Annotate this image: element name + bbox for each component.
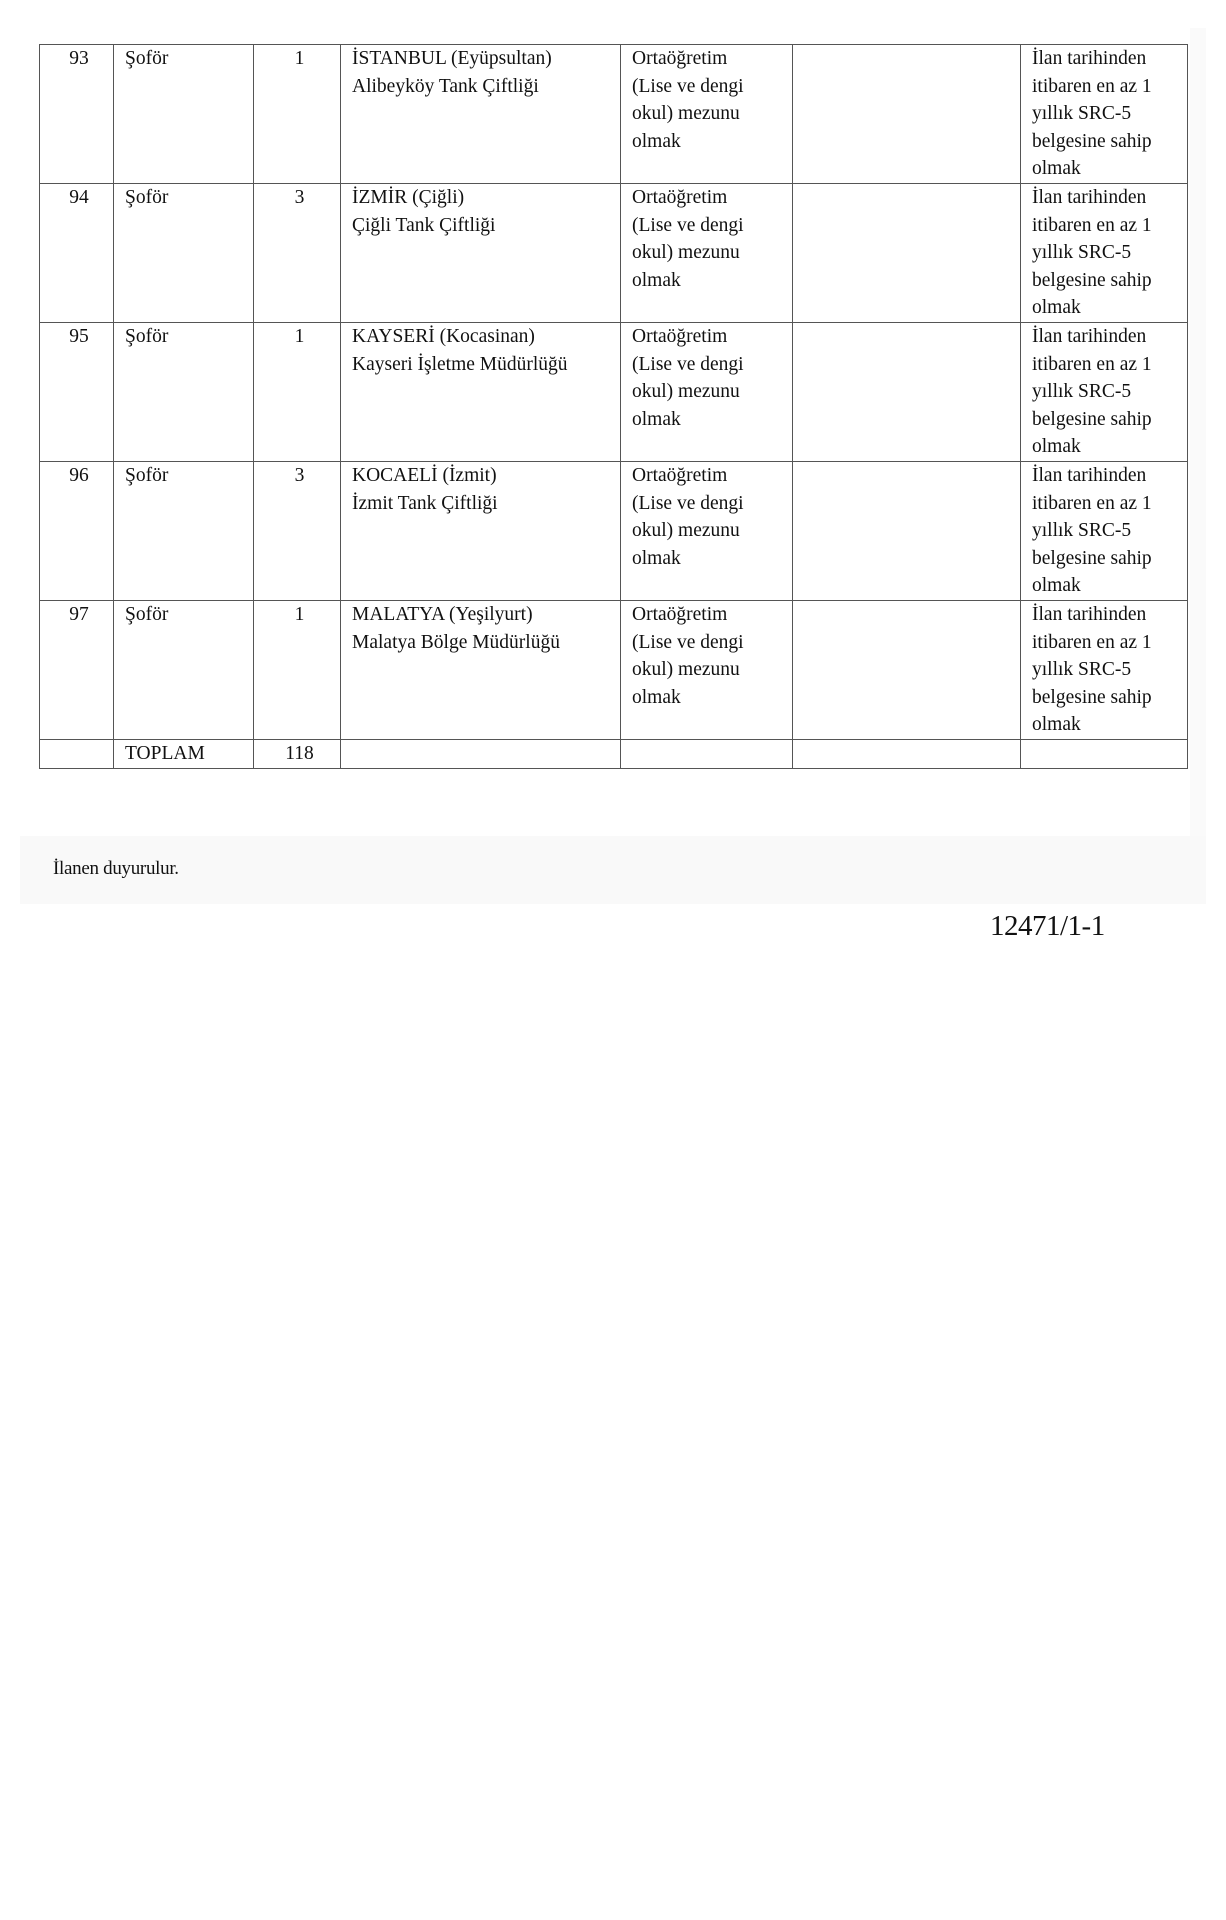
cell-requirement-line: itibaren en az 1	[1032, 629, 1181, 657]
cell-education: Ortaöğretim(Lise ve dengiokul) mezunuolm…	[621, 462, 793, 601]
cell-education: Ortaöğretim(Lise ve dengiokul) mezunuolm…	[621, 323, 793, 462]
cell-location-line: İzmit Tank Çiftliği	[352, 490, 614, 518]
cell-location-line: Çiğli Tank Çiftliği	[352, 212, 614, 240]
cell-location-line: MALATYA (Yeşilyurt)	[352, 601, 614, 629]
cell-location-line: Malatya Bölge Müdürlüğü	[352, 629, 614, 657]
cell-requirement: İlan tarihindenitibaren en az 1yıllık SR…	[1021, 601, 1188, 740]
cell-location-line: İSTANBUL (Eyüpsultan)	[352, 45, 614, 73]
cell-education-line: olmak	[632, 128, 786, 156]
cell-education: Ortaöğretim(Lise ve dengiokul) mezunuolm…	[621, 45, 793, 184]
cell-row-number: 94	[40, 184, 114, 323]
cell-location: İZMİR (Çiğli)Çiğli Tank Çiftliği	[341, 184, 621, 323]
total-value: 118	[254, 740, 341, 769]
cell-education-line: (Lise ve dengi	[632, 629, 786, 657]
total-label: TOPLAM	[114, 740, 254, 769]
table-row: 97Şoför1MALATYA (Yeşilyurt)Malatya Bölge…	[40, 601, 1188, 740]
cell-education-line: okul) mezunu	[632, 239, 786, 267]
cell-location-line: Kayseri İşletme Müdürlüğü	[352, 351, 614, 379]
cell-row-number: 95	[40, 323, 114, 462]
cell-location-line: İZMİR (Çiğli)	[352, 184, 614, 212]
cell-job-title: Şoför	[114, 601, 254, 740]
table-row: 94Şoför3İZMİR (Çiğli)Çiğli Tank Çiftliği…	[40, 184, 1188, 323]
total-row: TOPLAM118	[40, 740, 1188, 769]
cell-row-number: 96	[40, 462, 114, 601]
cell-quantity: 1	[254, 601, 341, 740]
cell-requirement-line: olmak	[1032, 711, 1181, 739]
reference-number: 12471/1-1	[990, 910, 1105, 943]
cell-requirement-line: yıllık SRC-5	[1032, 517, 1181, 545]
cell-job-title: Şoför	[114, 184, 254, 323]
cell-location: MALATYA (Yeşilyurt)Malatya Bölge Müdürlü…	[341, 601, 621, 740]
cell-education-line: Ortaöğretim	[632, 601, 786, 629]
cell-requirement-line: itibaren en az 1	[1032, 351, 1181, 379]
cell-requirement-line: itibaren en az 1	[1032, 73, 1181, 101]
cell-requirement-line: belgesine sahip	[1032, 128, 1181, 156]
cell-requirement-line: belgesine sahip	[1032, 545, 1181, 573]
page-edge-shade	[1190, 28, 1206, 838]
cell-requirement-line: yıllık SRC-5	[1032, 378, 1181, 406]
cell-education-line: Ortaöğretim	[632, 462, 786, 490]
cell-education-line: okul) mezunu	[632, 656, 786, 684]
total-empty-cell	[793, 740, 1021, 769]
table-row: 93Şoför1İSTANBUL (Eyüpsultan)Alibeyköy T…	[40, 45, 1188, 184]
cell-education-line: olmak	[632, 267, 786, 295]
cell-location: KOCAELİ (İzmit)İzmit Tank Çiftliği	[341, 462, 621, 601]
cell-education-line: okul) mezunu	[632, 517, 786, 545]
cell-education-line: Ortaöğretim	[632, 45, 786, 73]
cell-education: Ortaöğretim(Lise ve dengiokul) mezunuolm…	[621, 601, 793, 740]
cell-requirement-line: olmak	[1032, 572, 1181, 600]
cell-department	[793, 45, 1021, 184]
cell-education-line: (Lise ve dengi	[632, 351, 786, 379]
cell-location-line: KAYSERİ (Kocasinan)	[352, 323, 614, 351]
cell-education: Ortaöğretim(Lise ve dengiokul) mezunuolm…	[621, 184, 793, 323]
cell-location: İSTANBUL (Eyüpsultan)Alibeyköy Tank Çift…	[341, 45, 621, 184]
cell-department	[793, 462, 1021, 601]
cell-education-line: (Lise ve dengi	[632, 212, 786, 240]
cell-requirement-line: olmak	[1032, 294, 1181, 322]
cell-department	[793, 323, 1021, 462]
cell-requirement-line: itibaren en az 1	[1032, 212, 1181, 240]
total-empty-cell	[621, 740, 793, 769]
cell-requirement: İlan tarihindenitibaren en az 1yıllık SR…	[1021, 45, 1188, 184]
cell-requirement-line: olmak	[1032, 155, 1181, 183]
cell-education-line: okul) mezunu	[632, 378, 786, 406]
cell-quantity: 1	[254, 45, 341, 184]
table-body: 93Şoför1İSTANBUL (Eyüpsultan)Alibeyköy T…	[40, 45, 1188, 769]
cell-job-title: Şoför	[114, 323, 254, 462]
cell-requirement-line: yıllık SRC-5	[1032, 656, 1181, 684]
cell-education-line: Ortaöğretim	[632, 184, 786, 212]
cell-requirement-line: yıllık SRC-5	[1032, 239, 1181, 267]
positions-table: 93Şoför1İSTANBUL (Eyüpsultan)Alibeyköy T…	[39, 44, 1188, 769]
cell-row-number: 93	[40, 45, 114, 184]
cell-requirement: İlan tarihindenitibaren en az 1yıllık SR…	[1021, 462, 1188, 601]
cell-job-title: Şoför	[114, 45, 254, 184]
cell-quantity: 3	[254, 184, 341, 323]
cell-requirement-line: belgesine sahip	[1032, 267, 1181, 295]
cell-requirement-line: itibaren en az 1	[1032, 490, 1181, 518]
cell-requirement: İlan tarihindenitibaren en az 1yıllık SR…	[1021, 184, 1188, 323]
cell-quantity: 3	[254, 462, 341, 601]
cell-education-line: olmak	[632, 406, 786, 434]
footer-band	[20, 836, 1206, 904]
announcement-text: İlanen duyurulur.	[53, 858, 179, 880]
table-row: 96Şoför3KOCAELİ (İzmit)İzmit Tank Çiftli…	[40, 462, 1188, 601]
total-empty-cell	[1021, 740, 1188, 769]
cell-requirement: İlan tarihindenitibaren en az 1yıllık SR…	[1021, 323, 1188, 462]
cell-department	[793, 184, 1021, 323]
cell-row-number: 97	[40, 601, 114, 740]
total-empty-cell	[341, 740, 621, 769]
cell-education-line: Ortaöğretim	[632, 323, 786, 351]
cell-location: KAYSERİ (Kocasinan)Kayseri İşletme Müdür…	[341, 323, 621, 462]
cell-requirement-line: belgesine sahip	[1032, 684, 1181, 712]
cell-education-line: (Lise ve dengi	[632, 490, 786, 518]
cell-requirement-line: olmak	[1032, 433, 1181, 461]
cell-location-line: KOCAELİ (İzmit)	[352, 462, 614, 490]
total-empty-cell	[40, 740, 114, 769]
cell-education-line: olmak	[632, 545, 786, 573]
cell-requirement-line: yıllık SRC-5	[1032, 100, 1181, 128]
cell-department	[793, 601, 1021, 740]
table-row: 95Şoför1KAYSERİ (Kocasinan)Kayseri İşlet…	[40, 323, 1188, 462]
cell-education-line: okul) mezunu	[632, 100, 786, 128]
cell-quantity: 1	[254, 323, 341, 462]
cell-education-line: olmak	[632, 684, 786, 712]
cell-requirement-line: İlan tarihinden	[1032, 601, 1181, 629]
cell-requirement-line: İlan tarihinden	[1032, 184, 1181, 212]
cell-requirement-line: İlan tarihinden	[1032, 462, 1181, 490]
cell-requirement-line: belgesine sahip	[1032, 406, 1181, 434]
cell-requirement-line: İlan tarihinden	[1032, 45, 1181, 73]
cell-location-line: Alibeyköy Tank Çiftliği	[352, 73, 614, 101]
cell-education-line: (Lise ve dengi	[632, 73, 786, 101]
cell-requirement-line: İlan tarihinden	[1032, 323, 1181, 351]
cell-job-title: Şoför	[114, 462, 254, 601]
